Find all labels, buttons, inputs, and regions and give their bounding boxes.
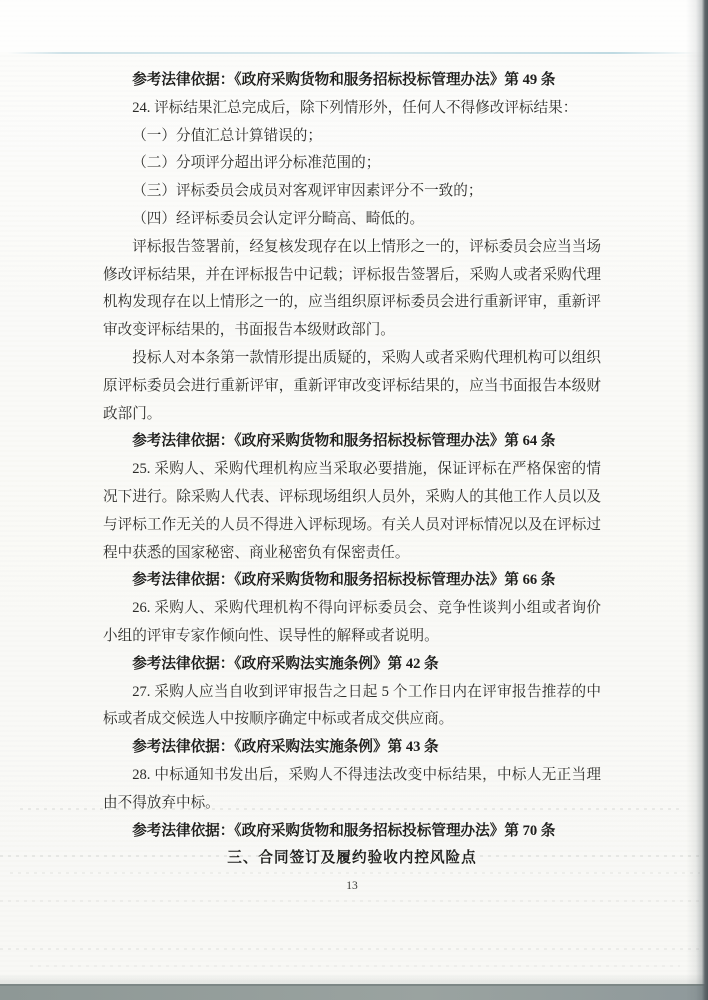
scan-fold-line: [8, 52, 696, 54]
scan-right-edge: [686, 0, 708, 1000]
section-heading: 三、合同签订及履约验收内控风险点: [103, 845, 601, 873]
legal-reference-line: 参考法律依据：《政府采购法实施条例》第 42 条: [103, 651, 601, 679]
scanned-document-page: 参考法律依据：《政府采购货物和服务招标投标管理办法》第 49 条24. 评标结果…: [0, 0, 708, 1000]
body-paragraph: 24. 评标结果汇总完成后，除下列情形外，任何人不得修改评标结果：: [103, 95, 601, 123]
page-number: 13: [103, 873, 601, 899]
legal-reference-line: 参考法律依据：《政府采购货物和服务招标投标管理办法》第 49 条: [103, 67, 601, 95]
legal-reference-line: 参考法律依据：《政府采购货物和服务招标投标管理办法》第 66 条: [103, 567, 601, 595]
body-paragraph: 评标报告签署前，经复核发现存在以上情形之一的，评标委员会应当当场修改评标结果，并…: [103, 234, 601, 345]
body-paragraph: 投标人对本条第一款情形提出质疑的，采购人或者采购代理机构可以组织原评标委员会进行…: [103, 345, 601, 428]
scan-noise-streak: [0, 948, 708, 950]
body-paragraph: 27. 采购人应当自收到评审报告之日起 5 个工作日内在评审报告推荐的中标或者成…: [103, 679, 601, 735]
scan-noise-streak: [30, 965, 680, 967]
document-body: 参考法律依据：《政府采购货物和服务招标投标管理办法》第 49 条24. 评标结果…: [103, 67, 601, 899]
legal-reference-line: 参考法律依据：《政府采购货物和服务招标投标管理办法》第 64 条: [103, 428, 601, 456]
scan-noise-streak: [10, 872, 700, 874]
scan-noise-streak: [0, 855, 708, 857]
scan-top-light-band: [0, 0, 708, 52]
scan-bottom-shadow: [0, 974, 708, 984]
legal-reference-line: 参考法律依据：《政府采购货物和服务招标投标管理办法》第 70 条: [103, 818, 601, 846]
body-paragraph: （四）经评标委员会认定评分畸高、畸低的。: [103, 206, 601, 234]
body-paragraph: （一）分值汇总计算错误的；: [103, 123, 601, 151]
body-paragraph: 26. 采购人、采购代理机构不得向评标委员会、竞争性谈判小组或者询价小组的评审专…: [103, 595, 601, 651]
scan-noise-streak: [0, 900, 708, 902]
legal-reference-line: 参考法律依据：《政府采购法实施条例》第 43 条: [103, 734, 601, 762]
scan-noise-streak: [20, 808, 680, 810]
body-paragraph: 25. 采购人、采购代理机构应当采取必要措施，保证评标在严格保密的情况下进行。除…: [103, 456, 601, 567]
scan-bottom-edge: [0, 984, 708, 1000]
body-paragraph: （三）评标委员会成员对客观评审因素评分不一致的；: [103, 178, 601, 206]
body-paragraph: （二）分项评分超出评分标准范围的；: [103, 150, 601, 178]
document-blocks: 参考法律依据：《政府采购货物和服务招标投标管理办法》第 49 条24. 评标结果…: [103, 67, 601, 845]
